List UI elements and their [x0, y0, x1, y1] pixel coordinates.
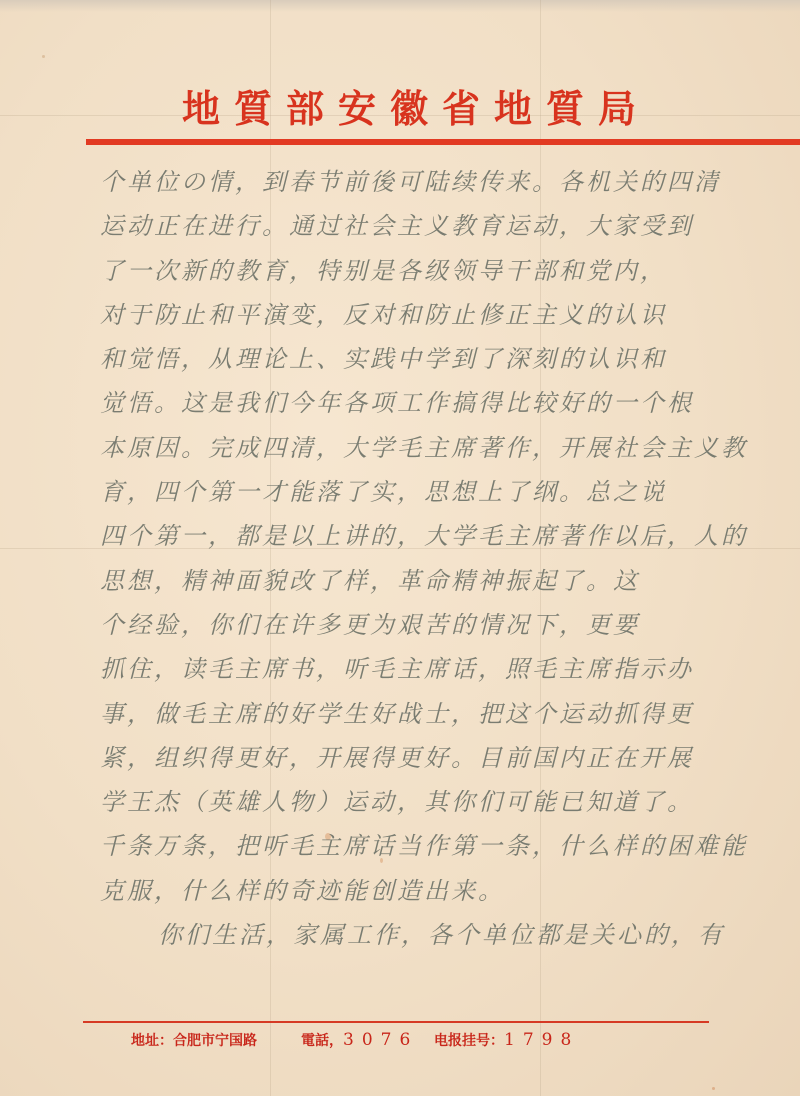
handwritten-line: 学王杰（英雄人物）运动，其你们可能已知道了。 — [100, 780, 720, 824]
paper-speck — [712, 1087, 715, 1090]
handwritten-body: 个单位の情，到春节前後可陆续传来。各机关的四清 运动正在进行。通过社会主义教育运… — [100, 160, 720, 957]
paper-top-shadow — [0, 0, 800, 12]
handwritten-line: 克服，什么样的奇迹能创造出来。 — [100, 869, 720, 913]
handwritten-line: 个单位の情，到春节前後可陆续传来。各机关的四清 — [100, 160, 720, 204]
handwritten-line: 对于防止和平演变，反对和防止修正主义的认识 — [100, 293, 720, 337]
handwritten-line: 觉悟。这是我们今年各项工作搞得比较好的一个根 — [100, 381, 720, 425]
phone-label: 電話， — [301, 1033, 343, 1049]
address-text: 地址：合肥市宁国路 — [131, 1030, 257, 1050]
footer-rule — [83, 1021, 709, 1023]
handwritten-line: 事，做毛主席的好学生好战士，把这个运动抓得更 — [100, 692, 720, 736]
letter-page: 地質部安徽省地質局 个单位の情，到春节前後可陆续传来。各机关的四清 运动正在进行… — [0, 0, 800, 1096]
cable-label: 电报挂号： — [434, 1033, 504, 1049]
handwritten-line: 思想，精神面貌改了样，革命精神振起了。这 — [100, 559, 720, 603]
phone-number: 3076 — [343, 1030, 418, 1050]
handwritten-line: 四个第一，都是以上讲的，大学毛主席著作以后，人的 — [100, 514, 720, 558]
letterhead-rule — [86, 139, 800, 145]
cable-number: 1798 — [504, 1030, 579, 1050]
handwritten-line: 你们生活，家属工作，各个单位都是关心的，有 — [100, 913, 720, 957]
handwritten-line: 本原因。完成四清，大学毛主席著作，开展社会主义教 — [100, 426, 720, 470]
letterhead-title: 地質部安徽省地質局 — [32, 78, 800, 133]
letterhead-footer: 地址：合肥市宁国路 電話，3076 电报挂号：1798 — [0, 1030, 800, 1054]
handwritten-line: 了一次新的教育，特别是各级领导干部和党内， — [100, 249, 720, 293]
handwritten-line: 千条万条，把听毛主席话当作第一条，什么样的困难能 — [100, 824, 720, 868]
paper-speck — [42, 55, 45, 58]
cable-block: 电报挂号：1798 — [434, 1030, 579, 1050]
phone-block: 電話，3076 — [301, 1030, 418, 1050]
handwritten-line: 运动正在进行。通过社会主义教育运动，大家受到 — [100, 204, 720, 248]
handwritten-line: 个经验，你们在许多更为艰苦的情况下，更要 — [100, 603, 720, 647]
handwritten-line: 育，四个第一才能落了实，思想上了纲。总之说 — [100, 470, 720, 514]
handwritten-line: 紧，组织得更好，开展得更好。目前国内正在开展 — [100, 736, 720, 780]
handwritten-line: 抓住，读毛主席书，听毛主席话，照毛主席指示办 — [100, 647, 720, 691]
handwritten-line: 和觉悟，从理论上、实践中学到了深刻的认识和 — [100, 337, 720, 381]
